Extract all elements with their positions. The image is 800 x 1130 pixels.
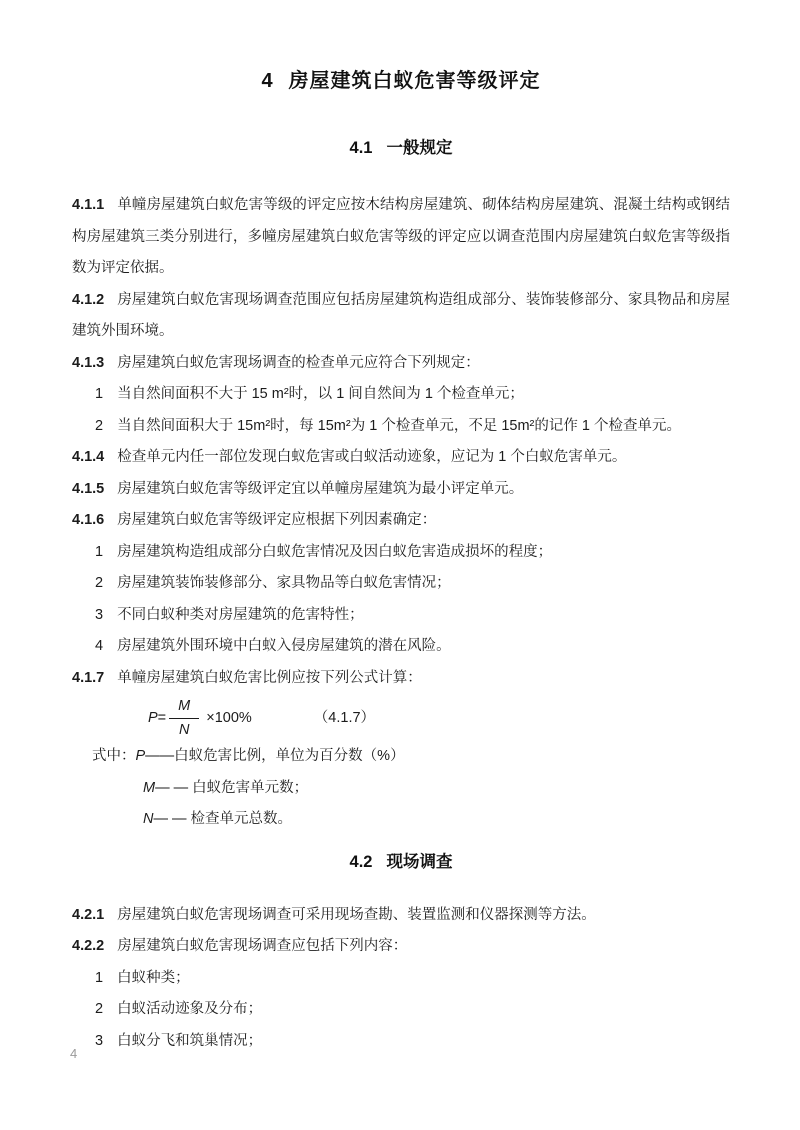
fraction: M N [169, 696, 199, 741]
list-item: 1白蚁种类； [72, 963, 730, 995]
formula-variable-p: P [148, 708, 158, 729]
item-text: 房屋建筑装饰装修部分、家具物品等白蚁危害情况； [117, 575, 451, 591]
clause-number: 4.1.4 [72, 449, 104, 465]
where-variable-p: P [136, 748, 146, 764]
equals-sign: = [158, 708, 166, 729]
clause-number: 4.1.7 [72, 670, 104, 686]
item-number: 2 [95, 1001, 103, 1017]
clause-text: 房屋建筑白蚁危害等级评定应根据下列因素确定： [117, 512, 436, 528]
section-heading-4-1: 4.1一般规定 [72, 136, 730, 160]
formula-4-1-7: P= M N ×100% （4.1.7） [148, 696, 730, 741]
chapter-number: 4 [261, 70, 272, 92]
list-item: 4房屋建筑外围环境中白蚁入侵房屋建筑的潜在风险。 [72, 631, 730, 663]
page-number: 4 [70, 1044, 77, 1064]
clause-text: 检查单元内任一部位发现白蚁危害或白蚁活动迹象，应记为 1 个白蚁危害单元。 [117, 449, 626, 465]
clause-4-1-4: 4.1.4检查单元内任一部位发现白蚁危害或白蚁活动迹象，应记为 1 个白蚁危害单… [72, 442, 730, 474]
section-title: 现场调查 [386, 853, 452, 871]
fraction-denominator: N [179, 719, 189, 741]
list-item: 1房屋建筑构造组成部分白蚁危害情况及因白蚁危害造成损坏的程度； [72, 537, 730, 569]
clause-number: 4.2.2 [72, 938, 104, 954]
clause-number: 4.1.3 [72, 355, 104, 371]
clause-4-2-2: 4.2.2房屋建筑白蚁危害现场调查应包括下列内容： [72, 931, 730, 963]
formula-multiplier: ×100% [206, 708, 252, 729]
clause-text: 房屋建筑白蚁危害现场调查可采用现场查勘、装置监测和仪器探测等方法。 [117, 907, 596, 923]
where-text-p: ——白蚁危害比例，单位为百分数（%） [145, 748, 404, 764]
item-number: 1 [95, 544, 103, 560]
item-text: 房屋建筑构造组成部分白蚁危害情况及因白蚁危害造成损坏的程度； [117, 544, 552, 560]
item-text: 当自然间面积不大于 15 m²时，以 1 间自然间为 1 个检查单元； [117, 386, 524, 402]
section-heading-4-2: 4.2现场调查 [72, 850, 730, 874]
section-number: 4.2 [350, 853, 373, 871]
clause-text: 房屋建筑白蚁危害等级评定宜以单幢房屋建筑为最小评定单元。 [117, 481, 523, 497]
list-item: 2房屋建筑装饰装修部分、家具物品等白蚁危害情况； [72, 568, 730, 600]
clause-text: 房屋建筑白蚁危害现场调查范围应包括房屋建筑构造组成部分、装饰装修部分、家具物品和… [72, 292, 730, 340]
clause-number: 4.1.2 [72, 292, 104, 308]
item-number: 4 [95, 638, 103, 654]
item-number: 1 [95, 386, 103, 402]
item-text: 白蚁分飞和筑巢情况； [117, 1033, 262, 1049]
item-text: 白蚁活动迹象及分布； [117, 1001, 262, 1017]
formula-where-line-n: N— — 检查单元总数。 [143, 804, 730, 836]
clause-4-1-3: 4.1.3房屋建筑白蚁危害现场调查的检查单元应符合下列规定： [72, 348, 730, 380]
item-text: 房屋建筑外围环境中白蚁入侵房屋建筑的潜在风险。 [117, 638, 451, 654]
clause-4-1-2: 4.1.2房屋建筑白蚁危害现场调查范围应包括房屋建筑构造组成部分、装饰装修部分、… [72, 285, 730, 348]
clause-4-1-7: 4.1.7单幢房屋建筑白蚁危害比例应按下列公式计算： [72, 663, 730, 695]
where-text-n: — — 检查单元总数。 [153, 811, 292, 827]
clause-4-1-1: 4.1.1单幢房屋建筑白蚁危害等级的评定应按木结构房屋建筑、砌体结构房屋建筑、混… [72, 190, 730, 285]
item-number: 2 [95, 575, 103, 591]
where-text-m: — — 白蚁危害单元数； [155, 780, 308, 796]
item-number: 2 [95, 418, 103, 434]
item-text: 当自然间面积大于 15m²时，每 15m²为 1 个检查单元，不足 15m²的记… [117, 418, 681, 434]
clause-4-1-6: 4.1.6房屋建筑白蚁危害等级评定应根据下列因素确定： [72, 505, 730, 537]
list-item: 2白蚁活动迹象及分布； [72, 994, 730, 1026]
clause-number: 4.1.6 [72, 512, 104, 528]
item-text: 不同白蚁种类对房屋建筑的危害特性； [117, 607, 364, 623]
clause-text: 房屋建筑白蚁危害现场调查的检查单元应符合下列规定： [117, 355, 480, 371]
clause-4-2-1: 4.2.1房屋建筑白蚁危害现场调查可采用现场查勘、装置监测和仪器探测等方法。 [72, 900, 730, 932]
document-page: 4房屋建筑白蚁危害等级评定 4.1一般规定 4.1.1单幢房屋建筑白蚁危害等级的… [0, 0, 800, 1130]
section-number: 4.1 [350, 139, 373, 157]
fraction-numerator: M [169, 696, 199, 719]
where-variable-n: N [143, 811, 153, 827]
clause-4-1-5: 4.1.5房屋建筑白蚁危害等级评定宜以单幢房屋建筑为最小评定单元。 [72, 474, 730, 506]
where-variable-m: M [143, 780, 155, 796]
formula-where-line-m: M— — 白蚁危害单元数； [143, 773, 730, 805]
clause-text: 单幢房屋建筑白蚁危害等级的评定应按木结构房屋建筑、砌体结构房屋建筑、混凝土结构或… [72, 197, 730, 276]
clause-text: 单幢房屋建筑白蚁危害比例应按下列公式计算： [117, 670, 422, 686]
formula-reference: （4.1.7） [314, 708, 375, 729]
clause-number: 4.1.5 [72, 481, 104, 497]
item-number: 3 [95, 607, 103, 623]
list-item: 3白蚁分飞和筑巢情况； [72, 1026, 730, 1058]
chapter-title: 房屋建筑白蚁危害等级评定 [289, 70, 541, 92]
list-item: 3不同白蚁种类对房屋建筑的危害特性； [72, 600, 730, 632]
list-item: 2当自然间面积大于 15m²时，每 15m²为 1 个检查单元，不足 15m²的… [72, 411, 730, 443]
clause-number: 4.2.1 [72, 907, 104, 923]
list-item: 1当自然间面积不大于 15 m²时，以 1 间自然间为 1 个检查单元； [72, 379, 730, 411]
clause-number: 4.1.1 [72, 197, 104, 213]
where-prefix: 式中： [92, 748, 136, 764]
chapter-heading: 4房屋建筑白蚁危害等级评定 [72, 66, 730, 96]
item-number: 1 [95, 970, 103, 986]
formula-where-line-p: 式中：P——白蚁危害比例，单位为百分数（%） [92, 741, 730, 773]
item-number: 3 [95, 1033, 103, 1049]
item-text: 白蚁种类； [117, 970, 190, 986]
clause-text: 房屋建筑白蚁危害现场调查应包括下列内容： [117, 938, 407, 954]
section-title: 一般规定 [386, 139, 452, 157]
